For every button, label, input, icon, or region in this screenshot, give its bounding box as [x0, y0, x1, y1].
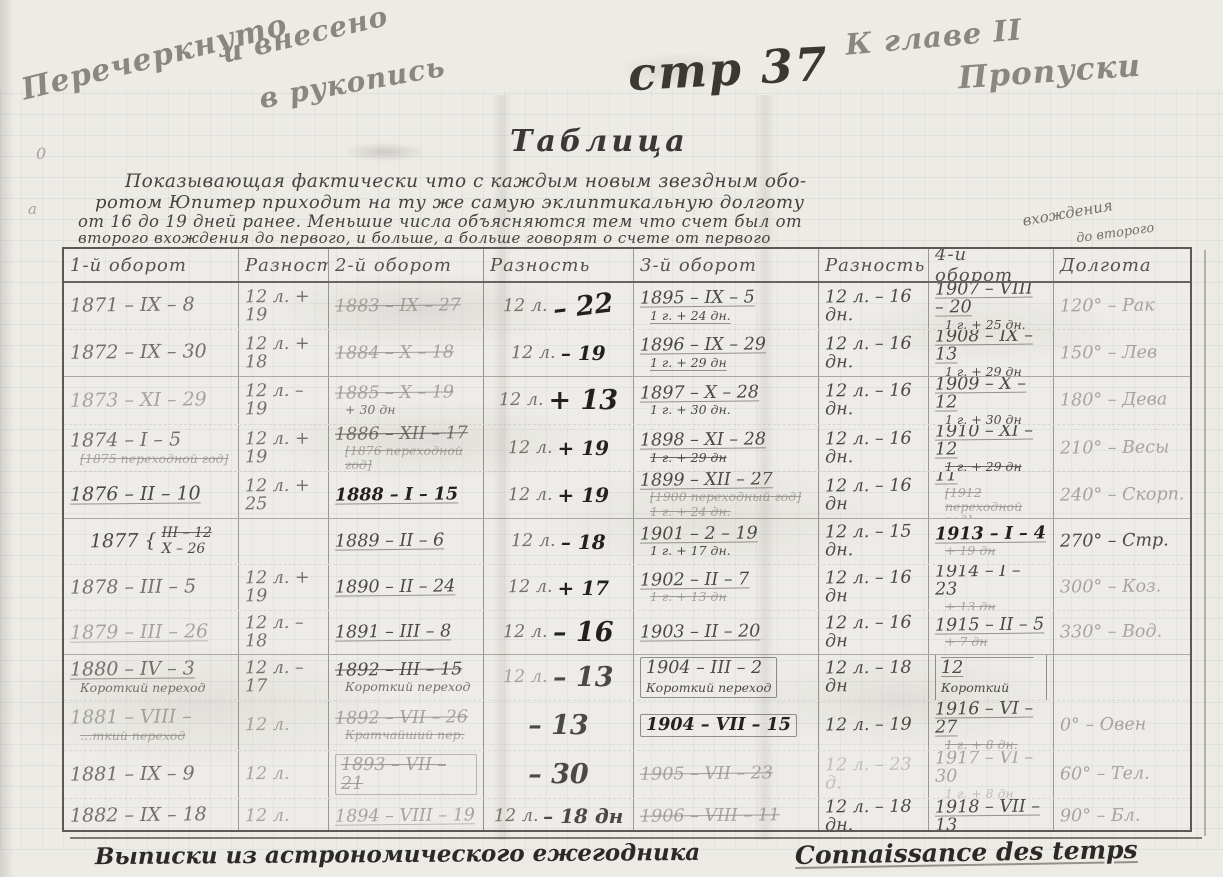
entry: 1878 – III – 5 [70, 577, 196, 598]
c-longitude: 270° – Стр. [1054, 519, 1192, 564]
c-orbit1: 1876 – II – 10 [64, 472, 239, 518]
entry-value: – 30 [528, 761, 588, 788]
c-diff3: 12 л. – 15 дн. [819, 519, 929, 564]
table-row: 1872 – IX – 30 12 л. + 18 1884 – X – 18 … [64, 330, 1190, 377]
sub-note: Кратчайший пер. [345, 728, 465, 742]
c-diff1 [239, 519, 329, 564]
entry: 180° – Дева [1060, 391, 1167, 410]
sub-note: 1 г. + 30 дн. [650, 403, 731, 417]
c-diff3: 12 л. – 16 дн. [819, 425, 929, 471]
c-orbit4: 1909 – X – 121 г. + 30 дн [929, 377, 1054, 424]
column-header: Разность [490, 255, 590, 276]
c-orbit2: 1892 – VII – 26Кратчайший пер. [329, 701, 484, 750]
entry: 1880 – IV – 3 [70, 660, 195, 681]
entry: 12 л. [493, 807, 538, 826]
entry: 1910 – XI – 12 [935, 425, 1047, 460]
c-longitude: 330° – Вод. [1054, 611, 1192, 654]
table-header-row: 1-й оборот Разность 2-й оборот Разность … [64, 249, 1190, 283]
c-diff1: 12 л. [239, 701, 329, 750]
c-diff1: 12 л. + 18 [239, 330, 329, 376]
entry: 330° – Вод. [1060, 623, 1162, 642]
entry: 1888 – I – 15 [335, 485, 458, 505]
entry-value: – 18 дн [543, 806, 623, 826]
entry: 1917 – VI – 30 [935, 751, 1047, 786]
sub-note: 1 г. + 24 дн. [650, 505, 731, 518]
c-orbit4: 1913 – I – 4+ 19 дн [929, 519, 1054, 564]
entry: 1906 – VIII – 11 [640, 806, 780, 826]
c-diff1: 12 л. [239, 799, 329, 832]
entry: 1908 – IX – 13 [935, 330, 1047, 365]
entry: 12 л. – 16 дн. [825, 382, 922, 420]
entry: 1891 – III – 8 [335, 623, 451, 643]
sub-note: 1 г. + 13 дн [650, 590, 727, 604]
entry: 270° – Стр. [1060, 532, 1169, 552]
c-diff1: 12 л. – 18 [239, 611, 329, 654]
table-row: 1877 {III – 12X – 26 1889 – II – 6 12 л.… [64, 519, 1190, 565]
c-orbit3: 1896 – IX – 291 г. + 29 дн [634, 330, 819, 376]
entry: 1879 – III – 26 [70, 622, 208, 643]
c-orbit2: 1888 – I – 15 [329, 472, 484, 518]
entry: 12 л. + 18 [245, 334, 322, 372]
c-orbit4: 4-й оборот [929, 249, 1054, 281]
c-orbit3: 1905 – VII – 23 [634, 751, 819, 798]
c-orbit2: 1889 – II – 6 [329, 519, 484, 564]
entry: 1909 – X – 12 [935, 377, 1047, 412]
c-diff3: Разность [819, 249, 929, 281]
c-diff3: 12 л. – 18 дн. [819, 799, 929, 832]
c-orbit1: 1871 – IX – 8 [64, 283, 239, 329]
entry: 1886 – XII – 17 [335, 425, 468, 444]
sub-note: + 30 дн [345, 403, 395, 417]
table-row: 1876 – II – 10 12 л. + 25 1888 – I – 15 … [64, 472, 1190, 519]
entry: 12 л. – 16 дн [825, 614, 922, 652]
sub-note: + 13 дн [945, 600, 995, 611]
entry: 12 л. [508, 578, 553, 597]
entry: 12 л. – 16 дн [825, 476, 922, 514]
sub-note: Короткий переход [646, 680, 771, 695]
entry: 1894 – VIII – 19 [335, 806, 475, 826]
c-orbit1: 1879 – III – 26 [64, 611, 239, 654]
inserted-word: вхождения [1021, 196, 1114, 230]
sub-note: [1912 переходной год] [945, 486, 1047, 518]
c-orbit3: 1901 – 2 – 191 г. + 17 дн. [634, 519, 819, 564]
c-longitude: Долгота [1054, 249, 1192, 281]
entry: 1876 – II – 10 [70, 484, 201, 505]
c-orbit1: 1872 – IX – 30 [64, 330, 239, 376]
c-orbit3: 1895 – IX – 51 г. + 24 дн. [634, 283, 819, 329]
c-diff1: 12 л. + 19 [239, 565, 329, 610]
column-header: 3-й оборот [640, 255, 757, 276]
boxed-entry: 1904 – VII – 15 [640, 714, 797, 736]
c-diff2: 12 л.– 16 [484, 611, 634, 654]
sub-note: + 19 дн [945, 544, 995, 558]
c-diff2: 12 л.– 13 [484, 655, 634, 700]
entry: 12 л. – 16 дн. [825, 429, 922, 467]
entry: 1904 – III – 2 [646, 658, 762, 678]
column-header: Долгота [1060, 255, 1152, 276]
c-orbit1: 1880 – IV – 3Короткий переход [64, 655, 239, 700]
c-orbit2: 1883 – IX – 27 [329, 283, 484, 329]
c-orbit2: 1892 – III – 15Короткий переход [329, 655, 484, 700]
entry-value: – 19 [561, 343, 606, 363]
entry: 1871 – IX – 8 [70, 295, 195, 316]
c-orbit2: 2-й оборот [329, 249, 484, 281]
c-diff1: 12 л. [239, 751, 329, 798]
table-title: Таблица [510, 124, 689, 159]
entry: 240° – Скорп. [1060, 485, 1185, 505]
c-longitude: 210° – Весы [1054, 425, 1192, 471]
chapter-note: Пропуски [957, 48, 1142, 97]
entry: 1892 – III – 15 [335, 660, 462, 680]
c-orbit3: 3-й оборот [634, 249, 819, 281]
entry: 12 л. + 25 [245, 476, 322, 514]
entry: 1895 – IX – 5 [640, 289, 755, 309]
entry-value: + 17 [557, 578, 609, 598]
entry: 1889 – II – 6 [335, 532, 444, 552]
entry-value: + 13 [548, 387, 618, 414]
c-diff1: 12 л. – 19 [239, 377, 329, 424]
c-diff2: 12 л.+ 17 [484, 565, 634, 610]
entry: 12 л. + 19 [245, 569, 322, 607]
entry: 12 л. – 16 дн. [825, 287, 922, 325]
c-orbit4: 1918 – VII – 13 [929, 799, 1054, 832]
subtitle-line: Показывающая фактически что с каждым нов… [125, 171, 807, 192]
sub-note: Короткий переход [941, 680, 1009, 700]
entry: 1898 – XI – 28 [640, 431, 766, 451]
entry: 1907 – VIII – 20 [935, 283, 1047, 318]
entry: 1890 – II – 24 [335, 578, 456, 598]
entry: 1896 – IX – 29 [640, 336, 766, 356]
subtitle-line: ротом Юпитер приходит на ту же самую экл… [95, 192, 805, 213]
table-row: 1881 – VIII –…ткий переход 12 л. 1892 – … [64, 701, 1190, 751]
c-orbit2: 1894 – VIII – 19 [329, 799, 484, 832]
sub-note: 1 г. + 29 дн [650, 356, 727, 370]
table-row: 1882 – IX – 18 12 л. 1894 – VIII – 19 12… [64, 799, 1190, 832]
c-longitude: 240° – Скорп. [1054, 472, 1192, 518]
table-row: 1871 – IX – 8 12 л. + 19 1883 – IX – 27 … [64, 283, 1190, 330]
entry: 12 л. [503, 623, 548, 642]
entry: 1911 – XII – 11 [935, 472, 1047, 485]
entry: 12 л. [511, 344, 556, 363]
c-diff2: 12 л.– 22 [484, 283, 634, 329]
entry: 1881 – IX – 9 [70, 764, 195, 785]
c-orbit2: 1893 – VII – 21 [329, 751, 484, 798]
source-caption: Выписки из астрономического ежегодника [95, 839, 700, 870]
entry: 1872 – IX – 30 [70, 342, 207, 363]
sub-note: 1 г. + 17 дн. [650, 544, 731, 558]
c-orbit2: 1886 – XII – 17[1876 переходной год] [329, 425, 484, 471]
entry: 12 л. – 18 [245, 614, 322, 652]
c-diff2: 12 л.+ 13 [484, 377, 634, 424]
entry: 12 л. – 16 дн [825, 569, 922, 607]
entry: 1916 – II – 12 [941, 655, 1034, 678]
entry-value: – 22 [552, 289, 615, 323]
column-header: 1-й оборот [70, 255, 187, 276]
sub-note: Короткий переход [345, 680, 470, 694]
c-longitude: 0° – Овен [1054, 701, 1192, 750]
entry: 1883 – IX – 27 [335, 296, 461, 316]
entry: 1901 – 2 – 19 [640, 524, 758, 544]
c-longitude: 60° – Тел. [1054, 751, 1192, 798]
sub-note: 1 г. + 29 дн [945, 365, 1022, 376]
entry: 210° – Весы [1060, 438, 1169, 458]
c-orbit3: 1903 – II – 20 [634, 611, 819, 654]
c-diff3: 12 л. – 23 д. [819, 751, 929, 798]
c-diff2: – 13 [484, 701, 634, 750]
entry: 12 л. [245, 765, 290, 784]
entry-value: – 18 [561, 532, 606, 552]
c-orbit4: 1914 – I – 23+ 13 дн [929, 565, 1054, 610]
entry: 1877 { [90, 531, 157, 552]
entry-value: – 16 [553, 619, 613, 646]
c-orbit4: 1916 – VI – 271 г. + 8 дн. [929, 701, 1054, 750]
c-diff3: 12 л. – 19 [819, 701, 929, 750]
entry: 1905 – VII – 23 [640, 765, 773, 785]
entry: 1915 – II – 5 [935, 615, 1044, 635]
c-orbit2: 1891 – III – 8 [329, 611, 484, 654]
c-orbit3: 1897 – X – 281 г. + 30 дн. [634, 377, 819, 424]
sub-note: 1 г. + 24 дн. [650, 309, 731, 323]
entry: 1884 – X – 18 [335, 343, 454, 363]
sheet-edge-line [1204, 250, 1206, 836]
c-diff2: 12 л.+ 19 [484, 472, 634, 518]
entry: 1873 – XI – 29 [70, 390, 207, 411]
c-diff2: – 30 [484, 751, 634, 798]
column-header: Разность [245, 255, 329, 276]
column-header: 4-й оборот [935, 249, 1047, 281]
entry: 1902 – II – 7 [640, 570, 749, 590]
entry: 1892 – VII – 26 [335, 708, 468, 728]
c-orbit3: 1898 – XI – 281 г. + 29 дн [634, 425, 819, 471]
table-row: 1879 – III – 26 12 л. – 18 1891 – III – … [64, 611, 1190, 655]
table-row: 1874 – I – 5[1875 переходной год] 12 л. … [64, 425, 1190, 472]
c-diff3: 12 л. – 16 дн [819, 565, 929, 610]
entry: 90° – Бл. [1060, 806, 1141, 825]
marginal-note: в рукопись [257, 50, 448, 115]
c-orbit3: 1899 – XII – 27[1900 переходный год]1 г.… [634, 472, 819, 518]
c-diff1: Разность [239, 249, 329, 281]
c-diff3: 12 л. – 16 дн. [819, 283, 929, 329]
column-header: 2-й оборот [335, 255, 452, 276]
c-orbit1: 1878 – III – 5 [64, 565, 239, 610]
sub-note: [1900 переходный год] [650, 490, 801, 504]
entry-value: – 13 [528, 712, 588, 739]
c-orbit3: 1906 – VIII – 11 [634, 799, 819, 832]
c-diff3: 12 л. – 16 дн. [819, 377, 929, 424]
sub-note: + 7 дн [945, 635, 988, 649]
c-orbit2: 1890 – II – 24 [329, 565, 484, 610]
entry: 1885 – X – 19 [335, 383, 454, 403]
c-longitude: 120° – Рак [1054, 283, 1192, 329]
c-diff2: 12 л.– 18 дн [484, 799, 634, 832]
sub-note: 1 г. + 29 дн [945, 460, 1022, 471]
entry: 150° – Лев [1060, 343, 1157, 362]
c-orbit4: 1910 – XI – 121 г. + 29 дн [929, 425, 1054, 471]
boxed-entry: 1893 – VII – 21 [335, 754, 477, 796]
table-row: 1880 – IV – 3Короткий переход 12 л. – 17… [64, 655, 1190, 701]
inserted-word: до второго [1075, 221, 1155, 247]
entry: 1874 – I – 5 [70, 430, 181, 451]
c-diff2: 12 л.– 18 [484, 519, 634, 564]
c-longitude: 300° – Коз. [1054, 565, 1192, 610]
entry: 1913 – I – 4 [935, 524, 1046, 544]
c-diff1: 12 л. – 17 [239, 655, 329, 700]
sub-note: …ткий переход [80, 729, 185, 743]
sub-note: 1 г. + 25 дн. [945, 318, 1026, 329]
c-diff1: 12 л. + 19 [239, 283, 329, 329]
entry-value: + 19 [557, 438, 609, 458]
entry: 12 л. – 18 дн. [825, 799, 922, 832]
sub-note: 1 г. + 30 дн [945, 413, 1022, 425]
c-longitude [1054, 655, 1192, 700]
c-orbit4: 1915 – II – 5+ 7 дн [929, 611, 1054, 654]
source-caption-title: Connaissance des temps [795, 835, 1138, 870]
c-orbit3: 1904 – III – 2Короткий переход [634, 655, 819, 700]
entry: 12 л. [503, 668, 548, 687]
entry: 120° – Рак [1060, 296, 1155, 315]
scanned-page: Перечеркнуто и внесено в рукопись стр 37… [0, 0, 1223, 877]
c-diff2: 12 л.– 19 [484, 330, 634, 376]
c-diff3: 12 л. – 16 дн [819, 472, 929, 518]
margin-mark: а [28, 200, 37, 218]
entry: 1918 – VII – 13 [935, 799, 1047, 832]
c-orbit4: 1911 – XII – 11[1912 переходной год]1 г.… [929, 472, 1054, 518]
c-orbit2: 1885 – X – 19+ 30 дн [329, 377, 484, 424]
c-diff1: 12 л. + 25 [239, 472, 329, 518]
entry: 60° – Тел. [1060, 765, 1150, 784]
sub-note: III – 12 [162, 526, 212, 541]
sub-note: [1875 переходной год] [80, 452, 228, 466]
table-row: 1873 – XI – 29 12 л. – 19 1885 – X – 19+… [64, 377, 1190, 425]
c-orbit1: 1-й оборот [64, 249, 239, 281]
c-orbit1: 1874 – I – 5[1875 переходной год] [64, 425, 239, 471]
entry: 12 л. [508, 439, 553, 458]
entry: 1914 – I – 23 [935, 565, 1047, 599]
c-orbit1: 1873 – XI – 29 [64, 377, 239, 424]
table-row: 1881 – IX – 9 12 л. 1893 – VII – 21 – 30… [64, 751, 1190, 799]
boxed-entry: 1916 – II – 12Короткий переход [935, 655, 1047, 700]
entry: 12 л. [245, 716, 290, 735]
c-diff2: Разность [484, 249, 634, 281]
observation-table: 1-й оборот Разность 2-й оборот Разность … [62, 247, 1192, 832]
entry: 12 л. – 19 [825, 716, 912, 735]
table-row: 1878 – III – 5 12 л. + 19 1890 – II – 24… [64, 565, 1190, 611]
c-orbit1: 1877 {III – 12X – 26 [64, 519, 239, 564]
boxed-entry: 1904 – III – 2Короткий переход [640, 657, 777, 698]
c-orbit4: 1916 – II – 12Короткий переход [929, 655, 1054, 700]
sub-note: X – 26 [162, 542, 212, 557]
entry: 12 л. [245, 807, 290, 826]
c-diff3: 12 л. – 18 дн [819, 655, 929, 700]
subtitle-line: второго вхождения до первого, и больше, … [78, 229, 771, 247]
entry: 12 л. – 16 дн. [825, 334, 922, 372]
entry: 12 л. – 17 [245, 659, 322, 697]
sub-note: 1 г. + 8 дн [945, 787, 1014, 799]
margin-mark: 0 [36, 144, 46, 163]
c-orbit4: 1908 – IX – 131 г. + 29 дн [929, 330, 1054, 376]
entry: 12 л. + 19 [245, 287, 322, 325]
entry: 1899 – XII – 27 [640, 472, 773, 490]
entry: 1893 – VII – 21 [341, 755, 446, 794]
entry: 12 л. – 23 д. [825, 756, 922, 794]
entry: 1881 – VIII – [70, 708, 192, 729]
column-header: Разность [825, 255, 925, 276]
c-diff2: 12 л.+ 19 [484, 425, 634, 471]
entry: 1903 – II – 20 [640, 623, 761, 643]
c-diff1: 12 л. + 19 [239, 425, 329, 471]
entry: 1916 – VI – 27 [935, 701, 1047, 737]
sub-note: 1 г. + 8 дн. [945, 738, 1018, 751]
marginal-note: и внесено [218, 0, 391, 70]
c-orbit3: 1902 – II – 71 г. + 13 дн [634, 565, 819, 610]
entry: 12 л. – 15 дн. [825, 523, 922, 561]
sub-note: 1 г. + 29 дн [650, 451, 727, 465]
entry-value: – 13 [553, 664, 613, 691]
entry: 1897 – X – 28 [640, 383, 759, 403]
c-orbit1: 1881 – IX – 9 [64, 751, 239, 798]
c-orbit3: 1904 – VII – 15 [634, 701, 819, 750]
c-orbit1: 1882 – IX – 18 [64, 799, 239, 832]
entry: 12 л. – 18 дн [825, 659, 922, 697]
c-longitude: 180° – Дева [1054, 377, 1192, 424]
entry: 1882 – IX – 18 [70, 805, 207, 826]
entry: 12 л. [508, 486, 553, 505]
entry: 12 л. + 19 [245, 429, 322, 467]
c-orbit1: 1881 – VIII –…ткий переход [64, 701, 239, 750]
sub-note: Короткий переход [80, 681, 205, 695]
alternate-dates: III – 12X – 26 [162, 526, 212, 557]
entry: 1904 – VII – 15 [646, 715, 791, 735]
entry-value: + 19 [557, 485, 609, 505]
entry: 12 л. [503, 297, 548, 316]
sub-note: [1876 переходной год] [345, 444, 477, 471]
entry: 12 л. – 19 [245, 382, 322, 420]
page-number: стр 37 [627, 37, 830, 101]
c-orbit2: 1884 – X – 18 [329, 330, 484, 376]
chapter-note: К главе II [844, 12, 1024, 61]
c-orbit4: 1907 – VIII – 201 г. + 25 дн. [929, 283, 1054, 329]
entry: 12 л. [499, 391, 544, 410]
c-longitude: 150° – Лев [1054, 330, 1192, 376]
entry: 0° – Овен [1060, 716, 1146, 735]
entry: 12 л. [511, 532, 556, 551]
c-longitude: 90° – Бл. [1054, 799, 1192, 832]
entry: 300° – Коз. [1060, 578, 1161, 597]
c-diff3: 12 л. – 16 дн. [819, 330, 929, 376]
c-orbit4: 1917 – VI – 301 г. + 8 дн [929, 751, 1054, 798]
c-diff3: 12 л. – 16 дн [819, 611, 929, 654]
